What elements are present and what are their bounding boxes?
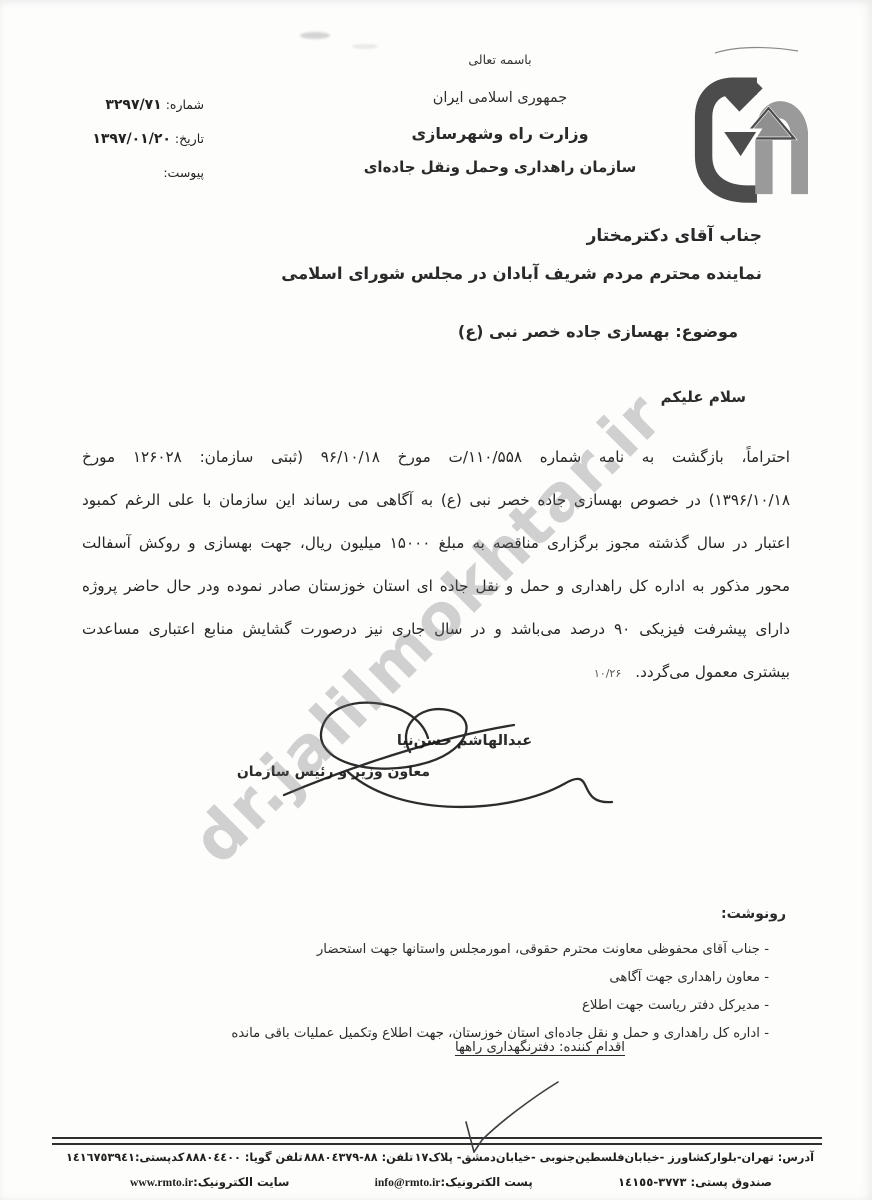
cc-item: - جناب آقای محفوظی معاونت محترم حقوقی، ا… <box>209 936 769 964</box>
country-name: جمهوری اسلامی ایران <box>330 90 670 106</box>
body-closing-text: بیشتری معمول می‌گردد. <box>635 663 790 681</box>
date-label: تاریخ: <box>175 131 204 146</box>
footer-po-box: صندوق پستی: ۳۷۷۳-۱٤۱٥٥ <box>618 1175 772 1189</box>
cc-item: - مدیرکل دفتر ریاست جهت اطلاع <box>209 992 769 1020</box>
recipient-name: جناب آقای دکترمختار <box>587 226 762 246</box>
footer-address-line: آدرس: تهران-بلوارکشاورز -خیابان‌فلسطین‌ج… <box>66 1151 814 1164</box>
footer-email-label: پست الکترونیک: <box>440 1175 532 1189</box>
body-line: ۱۳۹۶/۱۰/۱۸) در خصوص بهسازی جاده خصر نبی … <box>82 479 790 522</box>
cc-item: - معاون راهداری جهت آگاهی <box>209 964 769 992</box>
recipient-title: نماینده محترم مردم شریف آبادان در مجلس ش… <box>281 264 762 283</box>
attachment-label: پیوست: <box>163 165 204 180</box>
organization-name: سازمان راهداری وحمل ونقل جاده‌ای <box>330 158 670 176</box>
number-value: ۳۲۹۷/۷۱ <box>105 97 161 113</box>
body-line: اعتبار در سال گذشته مجوز برگزاری مناقصه … <box>82 522 790 565</box>
bismillah-text: باسمه تعالی <box>330 52 670 67</box>
footer-site-label: سایت الکترونیک: <box>193 1175 289 1189</box>
body-line: احتراماً، بازگشت به نامه شماره ۱۱۰/۵۵۸/ت… <box>82 436 790 479</box>
footer-email-address: info@rmto.ir <box>375 1176 441 1189</box>
ministry-name: وزارت راه وشهرسازی <box>330 124 670 143</box>
attachment-line: پیوست: <box>84 156 204 190</box>
date-value: ۱۳۹۷/۰۱/۲۰ <box>92 131 171 147</box>
pen-scribble-mark <box>712 42 802 58</box>
footer-email: پست الکترونیک:info@rmto.ir <box>375 1175 533 1189</box>
handwritten-note: ۱۰/۲۶ <box>594 667 635 680</box>
subject-line: موضوع: بهسازی جاده خصر نبی (ع) <box>458 322 738 341</box>
scan-smudge <box>300 32 330 39</box>
letter-number-line: شماره: ۳۲۹۷/۷۱ <box>84 88 204 122</box>
cc-label: رونوشت: <box>721 906 786 922</box>
footer-voice-phone: تلفن گویا: ۸۸۸۰٤٤۰۰ <box>186 1151 303 1164</box>
footer-phone: تلفن: ۸۸-۸۸۸۰٤۳۷۹ <box>304 1151 413 1164</box>
rmto-logo-icon <box>692 70 808 208</box>
handwritten-check-mark <box>448 1076 568 1158</box>
footer-contact-line: صندوق پستی: ۳۷۷۳-۱٤۱٥٥ پست الکترونیک:inf… <box>130 1175 772 1189</box>
scanned-letter-page: باسمه تعالی جمهوری اسلامی ایران وزارت را… <box>0 0 872 1200</box>
footer-postal-code: کدپستی:۱٤۱٦۷٥۳۹٤۱ <box>66 1151 184 1164</box>
reference-block: شماره: ۳۲۹۷/۷۱ تاریخ: ۱۳۹۷/۰۱/۲۰ پیوست: <box>84 88 204 190</box>
footer-site-url: www.rmto.ir <box>130 1176 193 1189</box>
cc-list: - جناب آقای محفوظی معاونت محترم حقوقی، ا… <box>209 936 769 1048</box>
footer-site: سایت الکترونیک:www.rmto.ir <box>130 1175 289 1189</box>
letter-date-line: تاریخ: ۱۳۹۷/۰۱/۲۰ <box>84 122 204 156</box>
scan-smudge <box>352 44 378 49</box>
footer-divider-rule <box>52 1137 822 1145</box>
number-label: شماره: <box>166 97 204 112</box>
action-office-line: اقدام کننده: دفترنگهداری راهها <box>455 1040 625 1055</box>
